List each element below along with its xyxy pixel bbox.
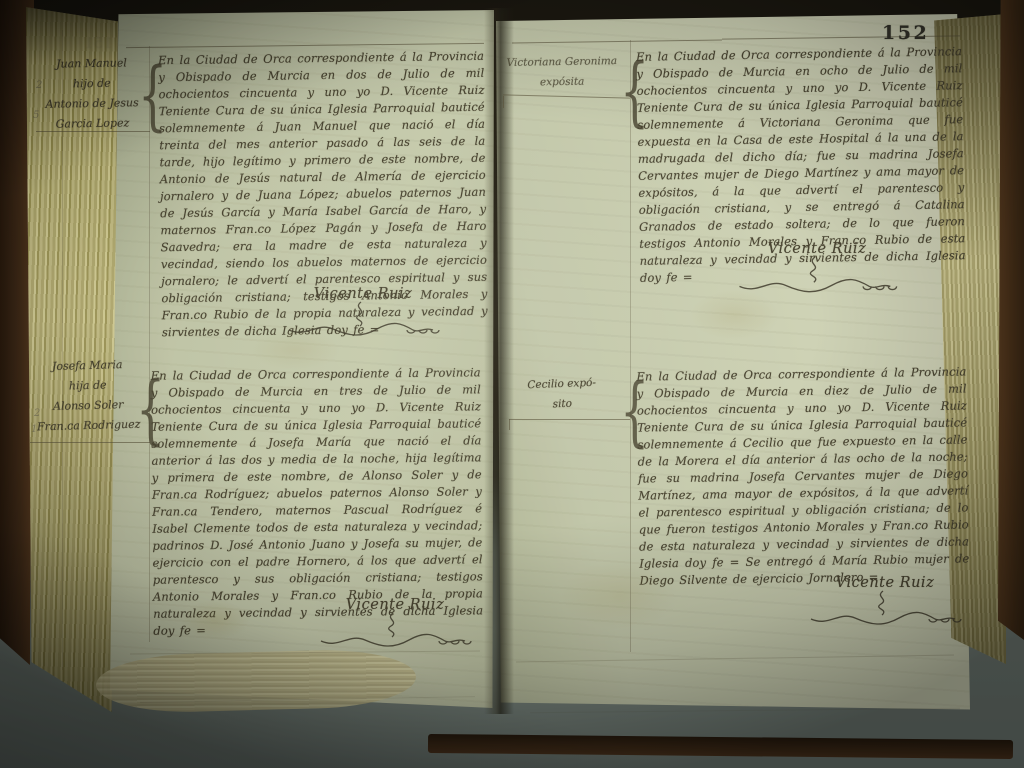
margin-line: sito [506,392,619,416]
signature-name: Vicente Ruiz [768,241,866,257]
left-margin-note-underline-2 [30,442,150,443]
signature-block: Vicente Ruiz [722,238,912,299]
right-margin-note-underline-2 [509,419,630,420]
paper-stain [560,560,680,630]
margin-line: expósita [498,71,626,93]
margin-line: Antonio de Jesus [34,93,150,115]
signature-block: Vicente Ruiz [790,572,980,631]
book-cover-right-edge [998,0,1024,640]
signature-rubric-flourish [315,611,475,653]
paper-stain [250,330,340,370]
margin-note-entry: Cecilio expó- sito [505,372,618,416]
signature-name: Vicente Ruiz [314,286,412,302]
margin-note-entry: Victoriana Geronima expósita [498,51,627,93]
margin-line: Victoriana Geronima [498,51,626,73]
margin-line: Garcia Lopez [34,113,150,135]
bleed-through-page-number: 151 [84,34,113,52]
book-cover-bottom-edge [428,734,1013,759]
signature-name: Vicente Ruiz [836,575,934,591]
page-number: 152 [882,22,929,44]
photo-of-parish-register: 152 151 2 5 2 1 Juan Manuel hijo de Anto… [0,0,1024,768]
paper-stain [690,290,780,340]
paper-stain [180,600,250,640]
margin-line: Fran.ca Rodriguez [27,414,151,437]
right-page-bottom-edge-line [530,708,960,714]
signature-rubric-flourish [805,589,965,631]
margin-note-entry: Josefa Maria hija de Alonso Soler Fran.c… [25,354,151,437]
signature-block: Vicente Ruiz [300,594,490,653]
right-margin-note-corner-2 [509,419,510,430]
margin-line: hijo de [34,73,150,95]
signature-name: Vicente Ruiz [346,597,444,613]
right-margin-note-corner-1 [503,96,504,108]
margin-note-entry: Juan Manuel hijo de Antonio de Jesus Gar… [33,53,150,135]
margin-line: Juan Manuel [33,53,149,75]
baptism-record-text: En la Ciudad de Orca correspondiente á l… [636,363,969,589]
